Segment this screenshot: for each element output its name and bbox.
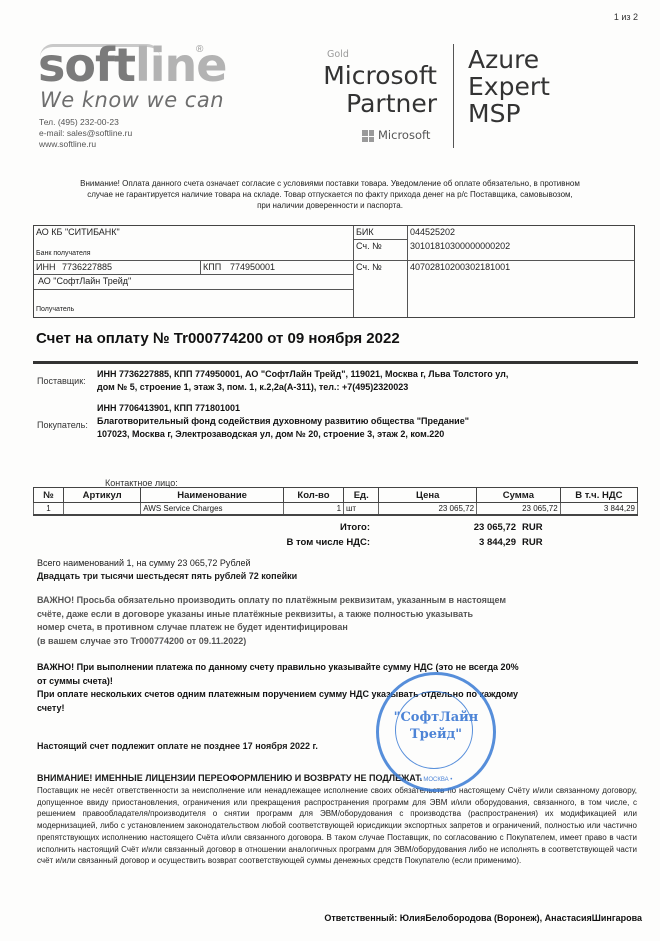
supplier-line: ИНН 7736227885, КПП 774950001, АО "СофтЛ… bbox=[97, 368, 508, 381]
col-unit: Ед. bbox=[344, 488, 379, 503]
vat-currency: RUR bbox=[522, 537, 543, 548]
azure-line2: Expert bbox=[468, 73, 550, 100]
microsoft-partner-logo: Microsoft Partner bbox=[323, 62, 437, 118]
company-stamp: "СофтЛайн Трейд" • МОСКВА • bbox=[376, 672, 496, 792]
buyer-label: Покупатель: bbox=[37, 420, 88, 430]
vat-label: В том числе НДС: bbox=[287, 537, 371, 548]
partner-level: Gold bbox=[327, 49, 349, 60]
bank-label: Банк получателя bbox=[36, 250, 91, 257]
row-price: 23 065,72 bbox=[379, 503, 477, 515]
goods-table: № Артикул Наименование Кол-во Ед. Цена С… bbox=[33, 487, 638, 515]
warning-line: ВАЖНО! Просьба обязательно производить о… bbox=[37, 594, 627, 608]
warning-line: При оплате нескольких счетов одним плате… bbox=[37, 688, 637, 702]
title-divider bbox=[33, 361, 638, 364]
buyer-line: ИНН 7706413901, КПП 771801001 bbox=[97, 402, 469, 415]
recipient-name: АО "СофтЛайн Трейд" bbox=[38, 276, 131, 286]
col-sum: Сумма bbox=[477, 488, 561, 503]
company-contacts: Тел. (495) 232-00-23 e-mail: sales@softl… bbox=[39, 117, 132, 150]
corr-account-label: Сч. № bbox=[356, 241, 382, 251]
summary: Всего наименований 1, на сумму 23 065,72… bbox=[37, 557, 297, 583]
azure-line3: MSP bbox=[468, 100, 550, 127]
table-row: 1 AWS Service Charges 1 шт 23 065,72 23 … bbox=[34, 503, 638, 515]
supplier-line: дом № 5, строение 1, этаж 3, пом. 1, к.2… bbox=[97, 381, 508, 394]
contact-email: e-mail: sales@softline.ru bbox=[39, 128, 132, 139]
warning-line: счету! bbox=[37, 702, 637, 716]
microsoft-icon bbox=[362, 130, 374, 142]
items-count-line: Всего наименований 1, на сумму 23 065,72… bbox=[37, 557, 297, 570]
goods-table-bottom-rule bbox=[33, 514, 638, 516]
logo-tagline: We know we can bbox=[40, 88, 224, 112]
contact-website: www.softline.ru bbox=[39, 139, 132, 150]
microsoft-brand: Microsoft bbox=[378, 128, 430, 142]
logo-divider bbox=[453, 44, 454, 148]
azure-expert-msp-logo: Azure Expert MSP bbox=[468, 46, 550, 127]
buyer-line: Благотворительный фонд содействия духовн… bbox=[97, 415, 469, 428]
responsible-persons: Ответственный: ЮлияБелобородова (Воронеж… bbox=[324, 913, 642, 923]
col-article: Артикул bbox=[64, 488, 141, 503]
total-value: 23 065,72 bbox=[474, 522, 516, 533]
corr-account-value: 30101810300000000202 bbox=[410, 241, 510, 251]
registered-mark: ® bbox=[196, 44, 203, 55]
warning-line: номер счета, в противном случае платеж н… bbox=[37, 621, 627, 635]
warning-line: счёте, даже если в договоре указаны иные… bbox=[37, 608, 627, 622]
total-label: Итого: bbox=[340, 522, 370, 533]
col-name: Наименование bbox=[141, 488, 284, 503]
buyer-line: 107023, Москва г, Электрозаводская ул, д… bbox=[97, 428, 469, 441]
bank-details-table: АО КБ "СИТИБАНК" Банк получателя ИНН 773… bbox=[33, 225, 635, 318]
contact-phone: Тел. (495) 232-00-23 bbox=[39, 117, 132, 128]
warning-line: от суммы счета)! bbox=[37, 675, 637, 689]
row-number: 1 bbox=[34, 503, 64, 515]
row-vat: 3 844,29 bbox=[560, 503, 637, 515]
stamp-line1: "СофтЛайн bbox=[379, 709, 493, 726]
total-currency: RUR bbox=[522, 522, 543, 533]
account-label: Сч. № bbox=[356, 262, 382, 272]
buyer-details: ИНН 7706413901, КПП 771801001 Благотвори… bbox=[97, 402, 469, 441]
col-vat: В т.ч. НДС bbox=[560, 488, 637, 503]
stamp-city: • МОСКВА • bbox=[379, 777, 493, 783]
due-date-line: Настоящий счет подлежит оплате не поздне… bbox=[37, 741, 318, 751]
row-name: AWS Service Charges bbox=[141, 503, 284, 515]
bank-name: АО КБ "СИТИБАНК" bbox=[36, 227, 120, 237]
licenses-body: Поставщик не несёт ответственности за не… bbox=[37, 785, 637, 867]
warning-line: ВАЖНО! При выполнении платежа по данному… bbox=[37, 661, 637, 675]
goods-header-row: № Артикул Наименование Кол-во Ед. Цена С… bbox=[34, 488, 638, 503]
logo-line: line bbox=[135, 38, 226, 92]
row-quantity: 1 bbox=[283, 503, 343, 515]
kpp-value: 774950001 bbox=[230, 262, 275, 272]
recipient-label: Получатель bbox=[36, 306, 74, 313]
vat-warning: ВАЖНО! При выполнении платежа по данному… bbox=[37, 661, 637, 715]
payment-details-warning: ВАЖНО! Просьба обязательно производить о… bbox=[37, 594, 627, 648]
stamp-line2: Трейд" bbox=[379, 726, 493, 743]
row-unit: шт bbox=[344, 503, 379, 515]
supplier-details: ИНН 7736227885, КПП 774950001, АО "СофтЛ… bbox=[97, 368, 508, 394]
col-quantity: Кол-во bbox=[283, 488, 343, 503]
inn-value: 7736227885 bbox=[62, 262, 112, 272]
kpp-label: КПП bbox=[203, 262, 221, 272]
partner-line2: Partner bbox=[323, 90, 437, 118]
page-indicator: 1 из 2 bbox=[614, 12, 638, 22]
amount-in-words: Двадцать три тысячи шестьдесят пять рубл… bbox=[37, 570, 297, 583]
partner-line1: Microsoft bbox=[323, 62, 437, 90]
supplier-label: Поставщик: bbox=[37, 376, 86, 386]
payment-notice: Внимание! Оплата данного счета означает … bbox=[80, 178, 580, 211]
licenses-title: ВНИМАНИЕ! ИМЕННЫЕ ЛИЦЕНЗИИ ПЕРЕОФОРМЛЕНИ… bbox=[37, 773, 422, 783]
row-article bbox=[64, 503, 141, 515]
col-number: № bbox=[34, 488, 64, 503]
bik-value: 044525202 bbox=[410, 227, 455, 237]
invoice-title: Счет на оплату № Tr000774200 от 09 ноябр… bbox=[36, 330, 400, 347]
inn-label: ИНН bbox=[36, 262, 55, 272]
vat-value: 3 844,29 bbox=[479, 537, 516, 548]
account-value: 40702810200302181001 bbox=[410, 262, 510, 272]
stamp-text: "СофтЛайн Трейд" bbox=[379, 709, 493, 743]
warning-line: (в вашем случае это Tr000774200 от 09.11… bbox=[37, 635, 627, 649]
bik-label: БИК bbox=[356, 227, 374, 237]
row-sum: 23 065,72 bbox=[477, 503, 561, 515]
col-price: Цена bbox=[379, 488, 477, 503]
azure-line1: Azure bbox=[468, 46, 550, 73]
logo-soft: soft bbox=[38, 38, 135, 92]
